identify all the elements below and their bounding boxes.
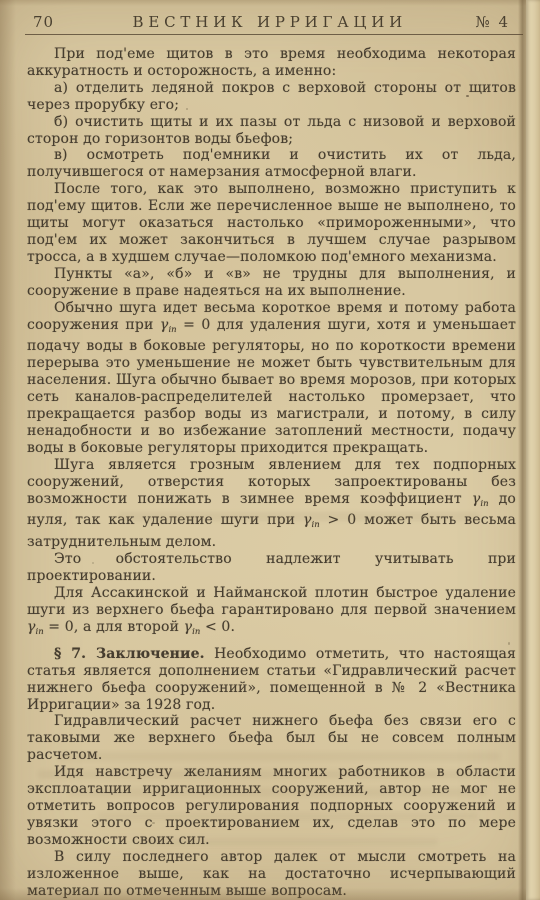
scan-edge-shadow-left	[0, 0, 16, 900]
coefficient-symbol: γin	[472, 491, 489, 507]
coefficient-symbol: γin	[27, 619, 44, 635]
paragraph-dams: Для Ассакинской и Найманской плотин быст…	[27, 585, 516, 641]
bleedthrough-mark	[98, 812, 478, 820]
paragraph-conclusion-heading: § 7. Заключение. Необходимо отметить, чт…	[27, 646, 516, 714]
text-segment: Шуга является грозным явлением для тех п…	[27, 457, 516, 507]
text-segment: < 0.	[200, 619, 235, 635]
journal-title: ВЕСТНИК ИРРИГАЦИИ	[54, 13, 475, 31]
text-segment: При под'еме щитов в это время необходима…	[27, 46, 516, 79]
text-segment: а) отделить ледяной покров с верховой ст…	[27, 80, 516, 113]
dust-speck	[186, 108, 188, 110]
bleedthrough-mark	[68, 788, 488, 797]
paragraph-design-note: Это обстоятельство надлежит учитывать пр…	[27, 551, 516, 585]
adjacent-page-edge	[526, 0, 540, 900]
text-segment: Пункты «а», «б» и «в» не трудны для выпо…	[27, 266, 516, 299]
paragraph-punkty: Пункты «а», «б» и «в» не трудны для выпо…	[27, 266, 516, 300]
paragraph-intro: При под'еме щитов в это время необходима…	[27, 46, 516, 80]
page-number: 70	[33, 13, 54, 31]
text-segment: = 0, а для второй	[44, 619, 184, 635]
paragraph-shuga-2: Шуга является грозным явлением для тех п…	[27, 457, 516, 552]
coefficient-symbol: γin	[184, 619, 201, 635]
dust-speck	[508, 642, 510, 645]
bleedthrough-mark	[138, 838, 438, 846]
text-segment: Для Ассакинской и Найманской плотин быст…	[27, 585, 516, 618]
text-segment: Это обстоятельство надлежит учитывать пр…	[27, 551, 516, 584]
dust-speck	[466, 95, 469, 97]
dust-speck	[332, 468, 334, 470]
bleedthrough-mark	[118, 512, 480, 521]
coefficient-symbol: γin	[160, 317, 177, 333]
scanned-page: 70 ВЕСТНИК ИРРИГАЦИИ № 4 При под'еме щит…	[0, 0, 540, 900]
dust-speck	[92, 562, 94, 564]
dust-speck	[152, 822, 155, 824]
list-item-v: в) осмотреть под'емники и очистить их от…	[27, 147, 516, 181]
bleedthrough-mark	[58, 752, 500, 761]
page-crease	[518, 0, 526, 900]
scan-edge-shadow-bottom	[0, 888, 540, 900]
scan-edge-shadow-top	[0, 0, 540, 6]
text-segment: После того, как это выполнено, возможно …	[27, 181, 516, 265]
list-item-b: б) очистить щиты и их пазы от льда с низ…	[27, 114, 516, 148]
section-heading-label: § 7. Заключение.	[54, 646, 205, 662]
bleedthrough-mark	[38, 770, 506, 779]
paragraph-after-list: После того, как это выполнено, возможно …	[27, 181, 516, 266]
text-segment: = 0 для удаления шуги, хотя и уменьшает …	[27, 317, 516, 456]
issue-number: № 4	[475, 13, 510, 31]
list-item-a: а) отделить ледяной покров с верховой ст…	[27, 80, 516, 114]
text-segment: б) очистить щиты и их пазы от льда с низ…	[27, 114, 516, 147]
text-segment: в) осмотреть под'емники и очистить их от…	[27, 147, 516, 180]
paragraph-shuga-1: Обычно шуга идет весьма короткое время и…	[27, 300, 516, 457]
